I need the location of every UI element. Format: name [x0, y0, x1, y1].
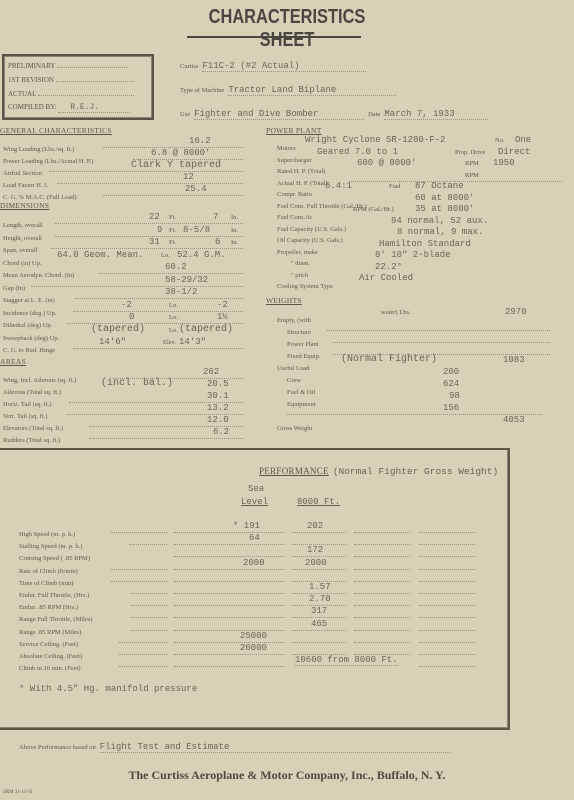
row-prop-pitch: " pitch22.2° [277, 264, 562, 276]
compiled-by-value: R.E.J. [58, 103, 130, 113]
page-title: CHARACTERISTICS SHEET [201, 6, 373, 52]
area-rows: Wing, Incl. Ailerons (sq. ft.)262 Ailero… [3, 369, 243, 441]
curtiss-field: Curtiss F11C-2 (#2 Actual) [180, 55, 366, 73]
section-weights: WEIGHTS [266, 296, 302, 305]
machine-type-value: Tractor Land Biplane [228, 85, 396, 96]
status-preliminary: PRELIMINARY [8, 62, 127, 70]
row-cooling: Cooling System TypeAir Cooled [277, 275, 562, 287]
date-value: March 7, 1933 [384, 109, 488, 120]
perf-row: Endur. .85 RPM (Hrs.)2.70 [19, 596, 499, 608]
row-empty: Empty, (withwater) Lbs.2970 [277, 309, 562, 321]
row-chord: Chord (in) Up.64.0 Geom. Mean.Lo.52.4 G.… [3, 252, 243, 265]
performance-rows: High Speed (m. p. h.)* 191202 Stalling S… [19, 523, 499, 669]
row-load-factor: Load Factor H. I.12 [3, 174, 243, 186]
section-dimensions: DIMENSIONS [0, 201, 49, 210]
perf-row: Time of Climb (min) [19, 572, 499, 584]
row-elevators: Elevators (Total sq. ft.)12.0 [3, 417, 243, 429]
title-underline [187, 36, 361, 38]
section-power-plant: POWER PLANT [266, 126, 322, 135]
row-height: Height, overall9Ft.8-5/8In. [3, 227, 243, 240]
status-compiled-by: COMPILED BY: R.E.J. [8, 103, 130, 113]
weight-rows: Empty, (withwater) Lbs.2970 Structure Po… [277, 309, 562, 429]
perf-row: Stalling Speed (m. p. h.)64 [19, 535, 499, 547]
perf-row: Rate of Climb (ft/min)20002000 [19, 560, 499, 572]
col-8000ft: 8000 Ft. [297, 497, 340, 507]
company-footer: The Curtiss Aeroplane & Motor Company, I… [0, 768, 574, 783]
row-fuel-oil: Fuel & Oil624 [277, 381, 562, 393]
row-gap: Gap (In)58-29/32 [3, 277, 243, 290]
col-sea-top: Sea [248, 484, 264, 494]
perf-row: Absolute Ceiling. (Feet)26000 [19, 645, 499, 657]
row-equipment: Equipment98 [277, 393, 562, 405]
row-supercharger: SuperchargerGeared 7.0 to 1Prop. DriveDi… [277, 149, 562, 161]
perf-row: Climb in 10 min. (Feet)10600 from 8000 F… [19, 657, 499, 669]
row-power-plant-wt: Power Plant [277, 333, 562, 345]
dimension-rows: Length, overall22Ft.7In. Height, overall… [3, 214, 243, 352]
status-actual: ACTUAL [8, 90, 134, 98]
row-crew: Crew200 [277, 369, 562, 381]
use-value: Fighter and Dive Bomber [194, 109, 364, 120]
power-plant-rows: MotorsWright Cyclone SR-1280-F-2No.One S… [277, 137, 562, 287]
performance-footnote: * With 4.5" Hg. manifold pressure [19, 684, 197, 694]
row-gross-weight: Gross Weight4053 [277, 417, 562, 429]
performance-basis-value: Flight Test and Estimate [100, 742, 450, 753]
machine-type-field: Type of Machine Tractor Land Biplane [180, 79, 396, 97]
row-incidence: Incidence (deg.) Up.-2Lo.-2 [3, 302, 243, 315]
use-field: Use Fighter and Dive Bomber Date March 7… [180, 103, 488, 121]
row-rated-hp: Rated H. P. (Total)600 @ 8000'RPM1950 [277, 160, 562, 172]
row-cg-rudder: C. G. to Rud. Hinge14'6"Elev.14'3" [3, 339, 243, 352]
row-structure: Structure [277, 321, 562, 333]
form-number: SRM 31-11-31 [3, 790, 33, 795]
status-box: PRELIMINARY 1st REVISION ACTUAL COMPILED… [2, 54, 154, 120]
section-general: GENERAL CHARACTERISTICS [0, 126, 112, 135]
perf-row: Range Full Throttle, (Miles)317 [19, 608, 499, 620]
row-airfoil: Airfoil SectionClark Y tapered [3, 162, 243, 174]
row-prop-diam: " diam.8' 10" 2-blade [277, 252, 562, 264]
status-revision: 1st REVISION [8, 76, 134, 84]
section-areas: AREAS [0, 357, 26, 366]
col-sea-level: Level [241, 497, 268, 507]
row-useful-load: Useful Load(Normal Fighter)1083 [277, 357, 562, 369]
row-rudders: Rudders (Total sq. ft.)6.2 [3, 429, 243, 441]
performance-heading: PERFORMANCE (Normal Fighter Gross Weight… [259, 461, 498, 479]
row-cg-mac: C. G. % M.A.C. (Full Load)25.4 [3, 186, 243, 198]
perf-row: Endur. Full Throttle, (Hrs.)1.57 [19, 584, 499, 596]
performance-basis: Above Performance based on Flight Test a… [19, 736, 450, 754]
general-rows: Wing Loading (Lbs./sq. ft.)16.2 Power Lo… [3, 138, 243, 198]
model-value: F11C-2 (#2 Actual) [202, 61, 366, 72]
